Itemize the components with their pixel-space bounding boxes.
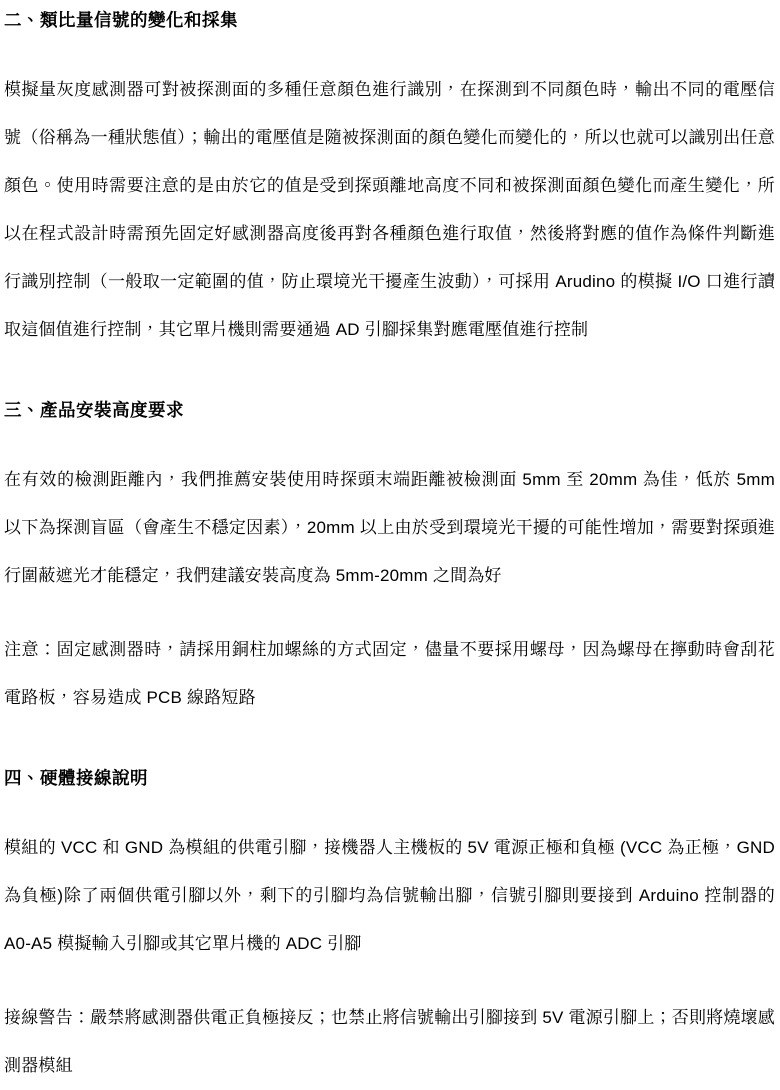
paragraph-wiring-description: 模組的 VCC 和 GND 為模組的供電引腳，接機器人主機板的 5V 電源正極和… [4,824,775,968]
paragraph-wiring-warning: 接線警告：嚴禁將感測器供電正負極接反；也禁止將信號輸出引腳接到 5V 電源引腳上… [4,994,775,1090]
paragraph-analog-signal-description: 模擬量灰度感測器可對被探測面的多種任意顏色進行識別，在探測到不同顏色時，輸出不同… [4,66,775,354]
document-page: 二、類比量信號的變化和採集 模擬量灰度感測器可對被探測面的多種任意顏色進行識別，… [0,0,780,1090]
paragraph-install-fixing-note: 注意：固定感測器時，請採用銅柱加螺絲的方式固定，儘量不要採用螺母，因為螺母在擰動… [4,626,775,722]
section-heading-analog-signal: 二、類比量信號的變化和採集 [4,0,775,44]
section-heading-hardware-wiring: 四、硬體接線說明 [4,754,775,802]
section-heading-install-height: 三、產品安裝高度要求 [4,386,775,434]
paragraph-install-height-recommendation: 在有效的檢測距離內，我們推薦安裝使用時探頭末端距離被檢測面 5mm 至 20mm… [4,456,775,600]
